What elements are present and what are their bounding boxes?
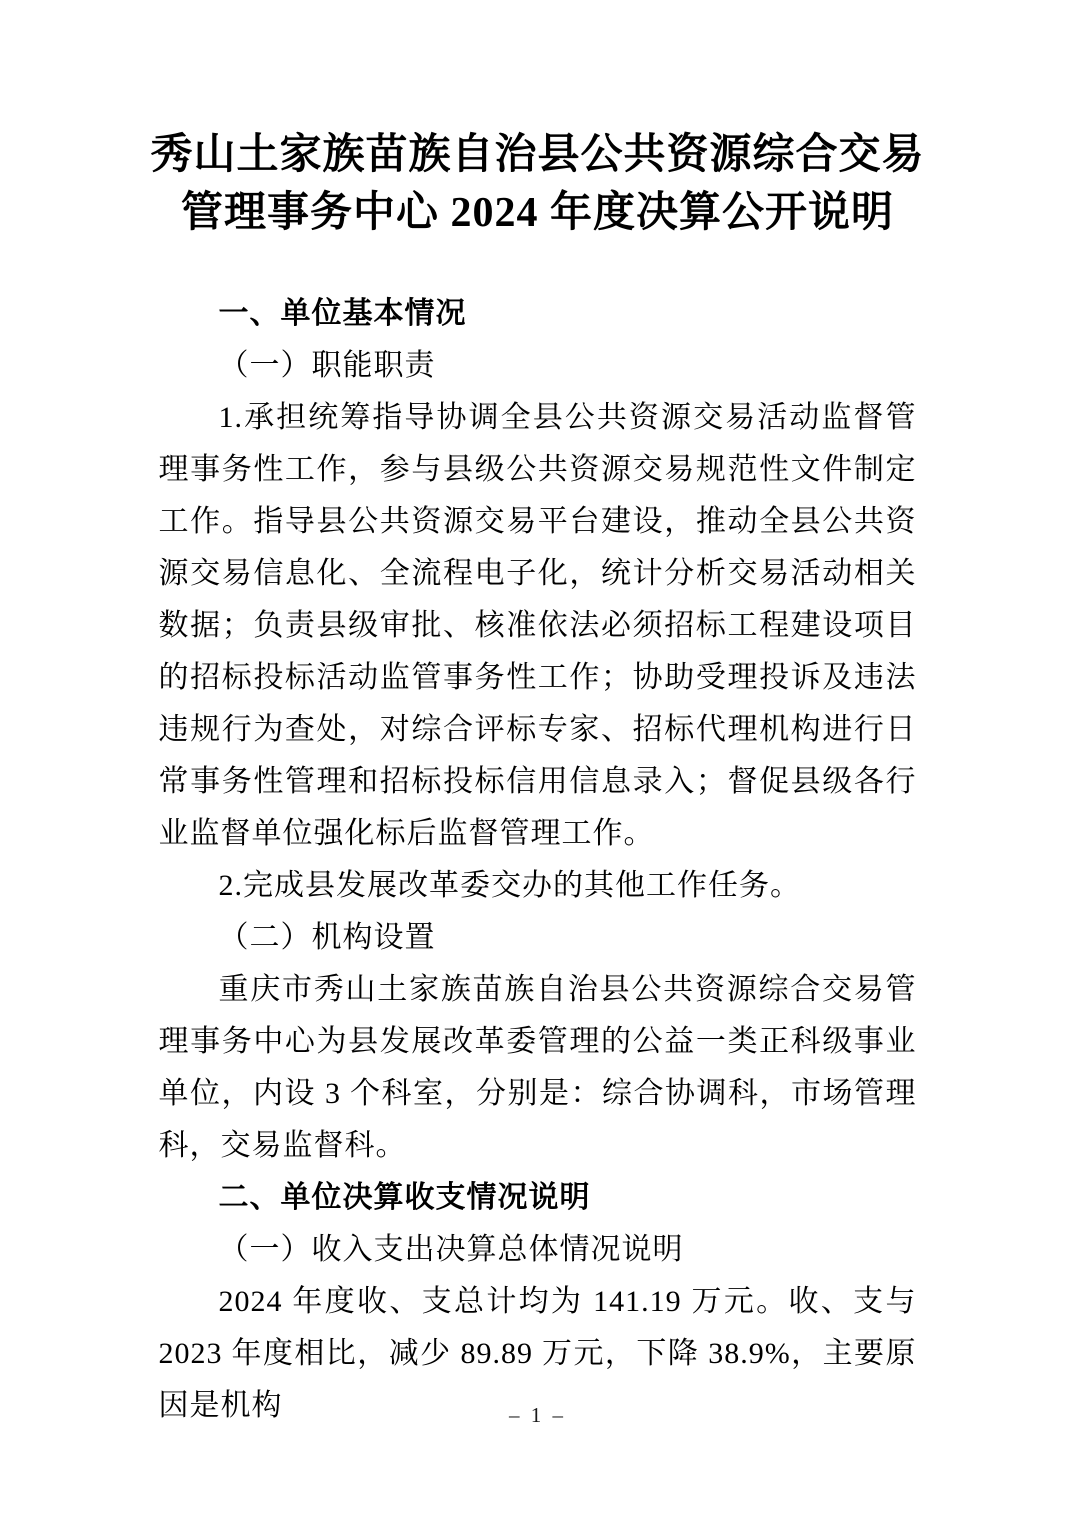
- document-title: 秀山土家族苗族自治县公共资源综合交易 管理事务中心 2024 年度决算公开说明: [0, 0, 1075, 242]
- document-page: 秀山土家族苗族自治县公共资源综合交易 管理事务中心 2024 年度决算公开说明 …: [0, 0, 1075, 1520]
- paragraph-duties-item1: 1.承担统筹指导协调全县公共资源交易活动监督管理事务性工作，参与县级公共资源交易…: [159, 392, 917, 860]
- paragraph-duties-item2: 2.完成县发展改革委交办的其他工作任务。: [159, 860, 917, 912]
- subsection-heading-income-expense-overview: （一）收入支出决算总体情况说明: [159, 1224, 917, 1276]
- document-body: 一、单位基本情况 （一）职能职责 1.承担统筹指导协调全县公共资源交易活动监督管…: [159, 288, 917, 1432]
- section-heading-budget-summary: 二、单位决算收支情况说明: [159, 1172, 917, 1224]
- section-heading-basic-info: 一、单位基本情况: [159, 288, 917, 340]
- page-number: – 1 –: [0, 1403, 1075, 1428]
- subsection-heading-organization: （二）机构设置: [159, 912, 917, 964]
- document-title-line1: 秀山土家族苗族自治县公共资源综合交易: [0, 126, 1075, 184]
- subsection-heading-duties: （一）职能职责: [159, 340, 917, 392]
- paragraph-organization: 重庆市秀山土家族苗族自治县公共资源综合交易管理事务中心为县发展改革委管理的公益一…: [159, 964, 917, 1172]
- document-title-line2: 管理事务中心 2024 年度决算公开说明: [0, 184, 1075, 242]
